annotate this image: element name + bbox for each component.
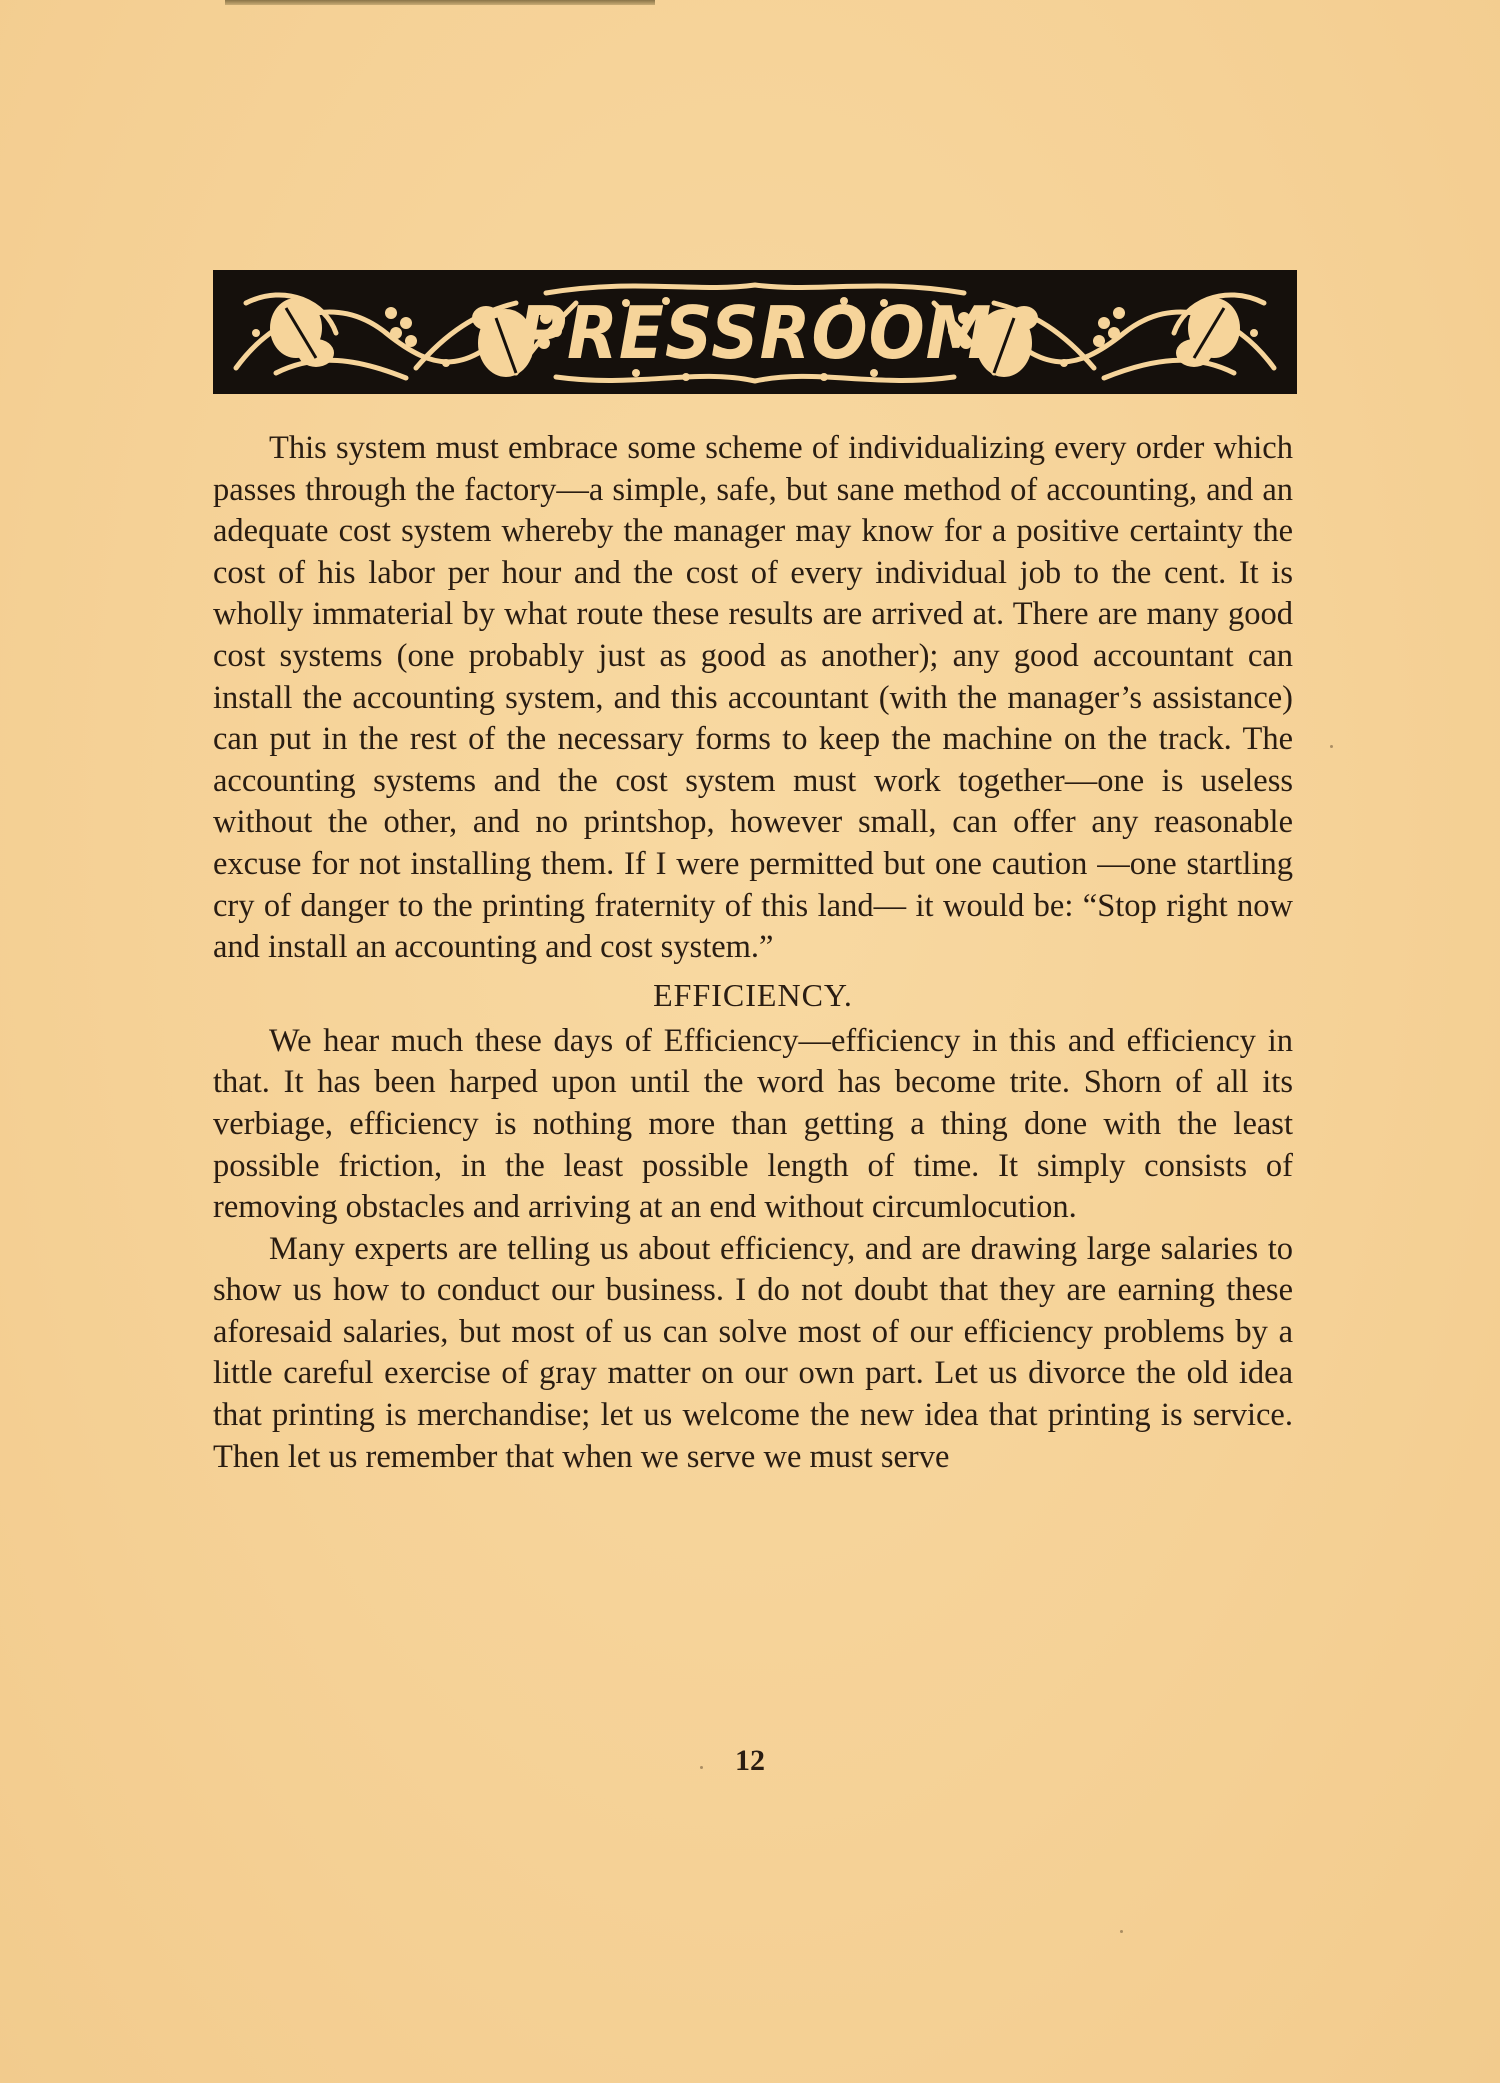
body-paragraph: This system must embrace some scheme of …: [213, 428, 1293, 969]
banner-title: PRESSROOM: [216, 291, 1294, 376]
page-edge-shadow: [225, 0, 655, 5]
page-body: This system must embrace some scheme of …: [213, 428, 1293, 1478]
section-heading: EFFICIENCY.: [213, 969, 1293, 1021]
paper-speck: [700, 1766, 703, 1769]
paper-speck: [1330, 745, 1333, 748]
page-number: 12: [0, 1744, 1500, 1778]
body-paragraph: We hear much these days of Efficiency—ef…: [213, 1021, 1293, 1229]
body-paragraph: Many experts are telling us about effici…: [213, 1229, 1293, 1479]
paper-speck: [1120, 1930, 1123, 1933]
pressroom-banner: PRESSROOM: [213, 270, 1297, 394]
